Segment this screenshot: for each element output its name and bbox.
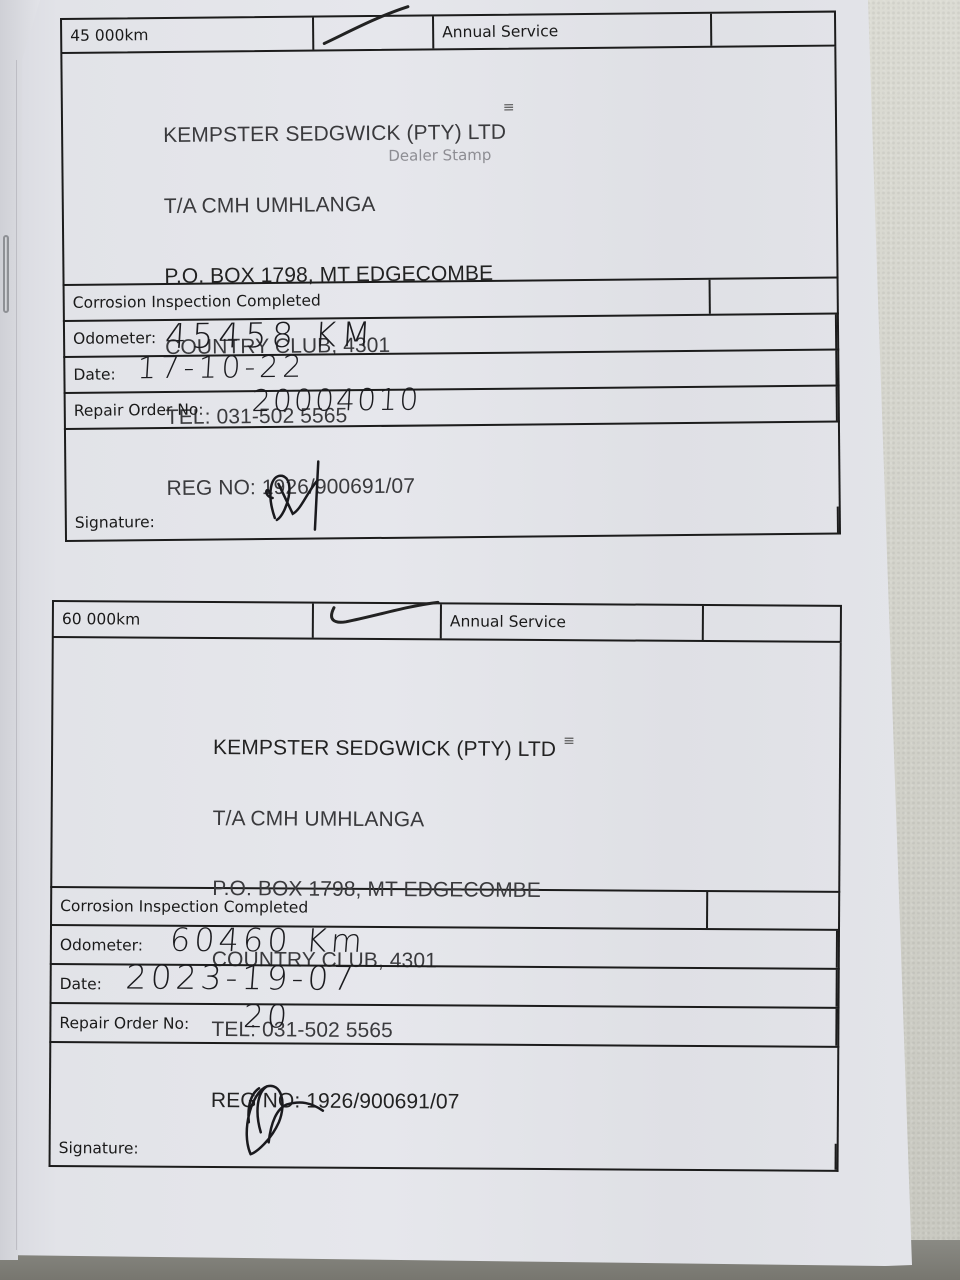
dealer-stamp-area: KEMPSTER SEDGWICK (PTY) LTD T/A CMH UMHL… xyxy=(60,47,838,286)
signature-mark xyxy=(256,453,347,534)
date-row: Date: 2023-19-07 xyxy=(50,965,840,1009)
stamp-line: P.O. BOX 1798, MT EDGECOMBE xyxy=(212,877,555,903)
repair-order-label: Repair Order No: xyxy=(59,1014,189,1033)
odometer-value: 60460 Km xyxy=(168,921,367,960)
service-type: Annual Service xyxy=(434,14,712,49)
repair-order-label: Repair Order No: xyxy=(74,401,204,420)
corrosion-checkbox xyxy=(708,892,838,929)
service-form-60000km: 60 000km Annual Service KEMPSTER SEDGWIC… xyxy=(49,600,842,1172)
corrosion-checkbox xyxy=(711,279,837,314)
signature-label: Signature: xyxy=(75,513,155,532)
date-value: 2023-19-07 xyxy=(124,957,359,997)
date-label: Date: xyxy=(73,365,115,383)
stamp-line: T/A CMH UMHLANGA xyxy=(164,191,507,218)
signature-label: Signature: xyxy=(59,1139,139,1157)
service-type: Annual Service xyxy=(442,604,704,640)
signature-mark xyxy=(221,1062,352,1163)
service-header-row: 60 000km Annual Service xyxy=(52,600,842,643)
service-form-45000km: 45 000km Annual Service KEMPSTER SEDGWIC… xyxy=(60,11,841,542)
checkmark-icon xyxy=(316,4,426,45)
stamp-line: KEMPSTER SEDGWICK (PTY) LTD xyxy=(163,121,506,148)
signature-row: Signature: xyxy=(49,1043,840,1172)
stamp-logo-icon: ≡ xyxy=(563,733,573,749)
staple-icon xyxy=(3,235,9,313)
date-label: Date: xyxy=(60,975,102,993)
stamp-logo-icon: ≡ xyxy=(503,100,513,116)
check-cell xyxy=(314,16,434,49)
fold-line xyxy=(16,60,17,1250)
stamp-line: P.O. BOX 1798, MT EDGECOMBE xyxy=(164,262,507,289)
date-value: 17-10-22 xyxy=(136,350,306,387)
signature-row: Signature: xyxy=(64,423,841,542)
dealer-stamp-label: Dealer Stamp xyxy=(388,146,491,165)
stamp-line: KEMPSTER SEDGWICK (PTY) LTD xyxy=(213,736,556,762)
check-cell xyxy=(314,604,442,639)
odometer-label: Odometer: xyxy=(73,329,156,348)
blank-cell xyxy=(712,13,834,46)
service-interval: 60 000km xyxy=(54,602,314,638)
blank-cell xyxy=(704,606,840,641)
stamp-line: T/A CMH UMHLANGA xyxy=(213,806,556,832)
repair-order-value: 20004010 xyxy=(251,383,422,420)
repair-order-value: 20 xyxy=(242,997,292,1035)
checkmark-icon xyxy=(326,600,446,641)
dealer-stamp-area: KEMPSTER SEDGWICK (PTY) LTD T/A CMH UMHL… xyxy=(50,638,842,893)
service-interval: 45 000km xyxy=(62,18,314,52)
odometer-label: Odometer: xyxy=(60,936,143,955)
repair-order-row: Repair Order No: 20 xyxy=(49,1004,839,1048)
